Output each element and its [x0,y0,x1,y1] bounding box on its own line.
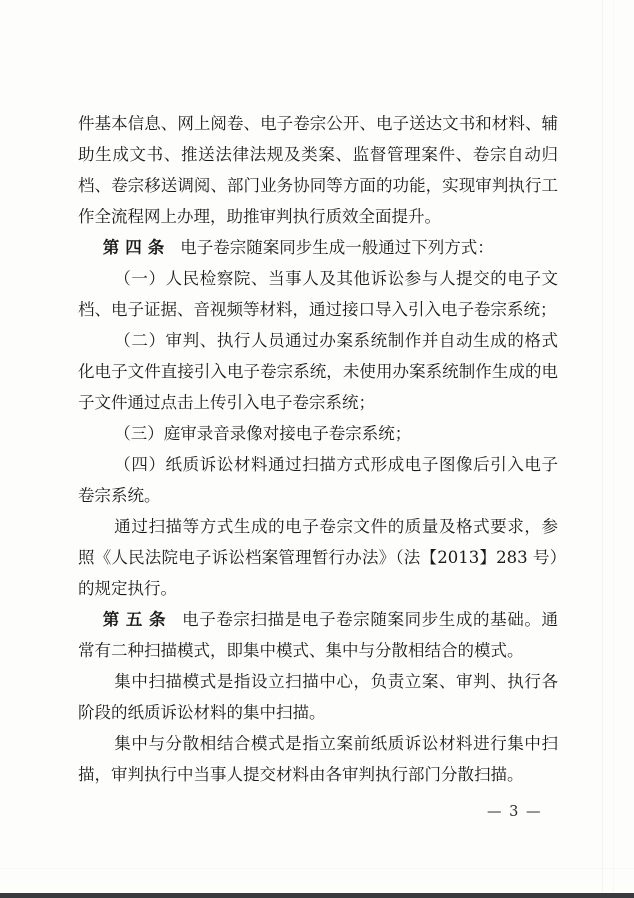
paragraph-text: 集中扫描模式是指设立扫描中心，负责立案、审判、执行各阶段的纸质诉讼材料的集中扫描… [78,672,558,722]
paragraph-text: 通过扫描等方式生成的电子卷宗文件的质量及格式要求，参照《人民法院电子诉讼档案管理… [78,517,558,598]
paragraph: （二）审判、执行人员通过办案系统制作并自动生成的格式化电子文件直接引入电子卷宗系… [78,325,558,418]
paragraph-text: （一）人民检察院、当事人及其他诉讼参与人提交的电子文档、电子证据、音视频等材料，… [78,269,558,319]
paragraph: 第五条电子卷宗扫描是电子卷宗随案同步生成的基础。通常有二种扫描模式，即集中模式、… [78,604,558,666]
scan-artifact-line [0,868,634,869]
paragraph-text: （三）庭审录音录像对接电子卷宗系统； [114,424,411,443]
article-number: 第四条 [103,238,171,257]
paragraph-text: 电子卷宗随案同步生成一般通过下列方式： [180,238,494,257]
document-text-block: 件基本信息、网上阅卷、电子卷宗公开、电子送达文书和材料、辅助生成文书、推送法律法… [78,108,558,790]
paragraph-text: （二）审判、执行人员通过办案系统制作并自动生成的格式化电子文件直接引入电子卷宗系… [78,331,558,412]
paragraph: 通过扫描等方式生成的电子卷宗文件的质量及格式要求，参照《人民法院电子诉讼档案管理… [78,511,558,604]
paragraph-text: （四）纸质诉讼材料通过扫描方式形成电子图像后引入电子卷宗系统。 [78,455,558,505]
scan-edge-line [602,0,603,898]
scan-bottom-band [0,893,634,898]
paragraph: 件基本信息、网上阅卷、电子卷宗公开、电子送达文书和材料、辅助生成文书、推送法律法… [78,108,558,232]
paragraph: （一）人民检察院、当事人及其他诉讼参与人提交的电子文档、电子证据、音视频等材料，… [78,263,558,325]
scan-edge-line-2 [613,0,614,898]
paragraph: 集中与分散相结合模式是指立案前纸质诉讼材料进行集中扫描，审判执行中当事人提交材料… [78,728,558,790]
paragraph: （四）纸质诉讼材料通过扫描方式形成电子图像后引入电子卷宗系统。 [78,449,558,511]
paragraph-text: 集中与分散相结合模式是指立案前纸质诉讼材料进行集中扫描，审判执行中当事人提交材料… [78,734,558,784]
paragraph-text: 件基本信息、网上阅卷、电子卷宗公开、电子送达文书和材料、辅助生成文书、推送法律法… [78,114,558,226]
paragraph: 集中扫描模式是指设立扫描中心，负责立案、审判、执行各阶段的纸质诉讼材料的集中扫描… [78,666,558,728]
scanned-document-page: 件基本信息、网上阅卷、电子卷宗公开、电子送达文书和材料、辅助生成文书、推送法律法… [0,0,634,898]
paragraph: （三）庭审录音录像对接电子卷宗系统； [78,418,558,449]
page-number: — 3 — [487,804,542,820]
article-number: 第五条 [103,610,172,629]
paragraph: 第四条电子卷宗随案同步生成一般通过下列方式： [78,232,558,263]
